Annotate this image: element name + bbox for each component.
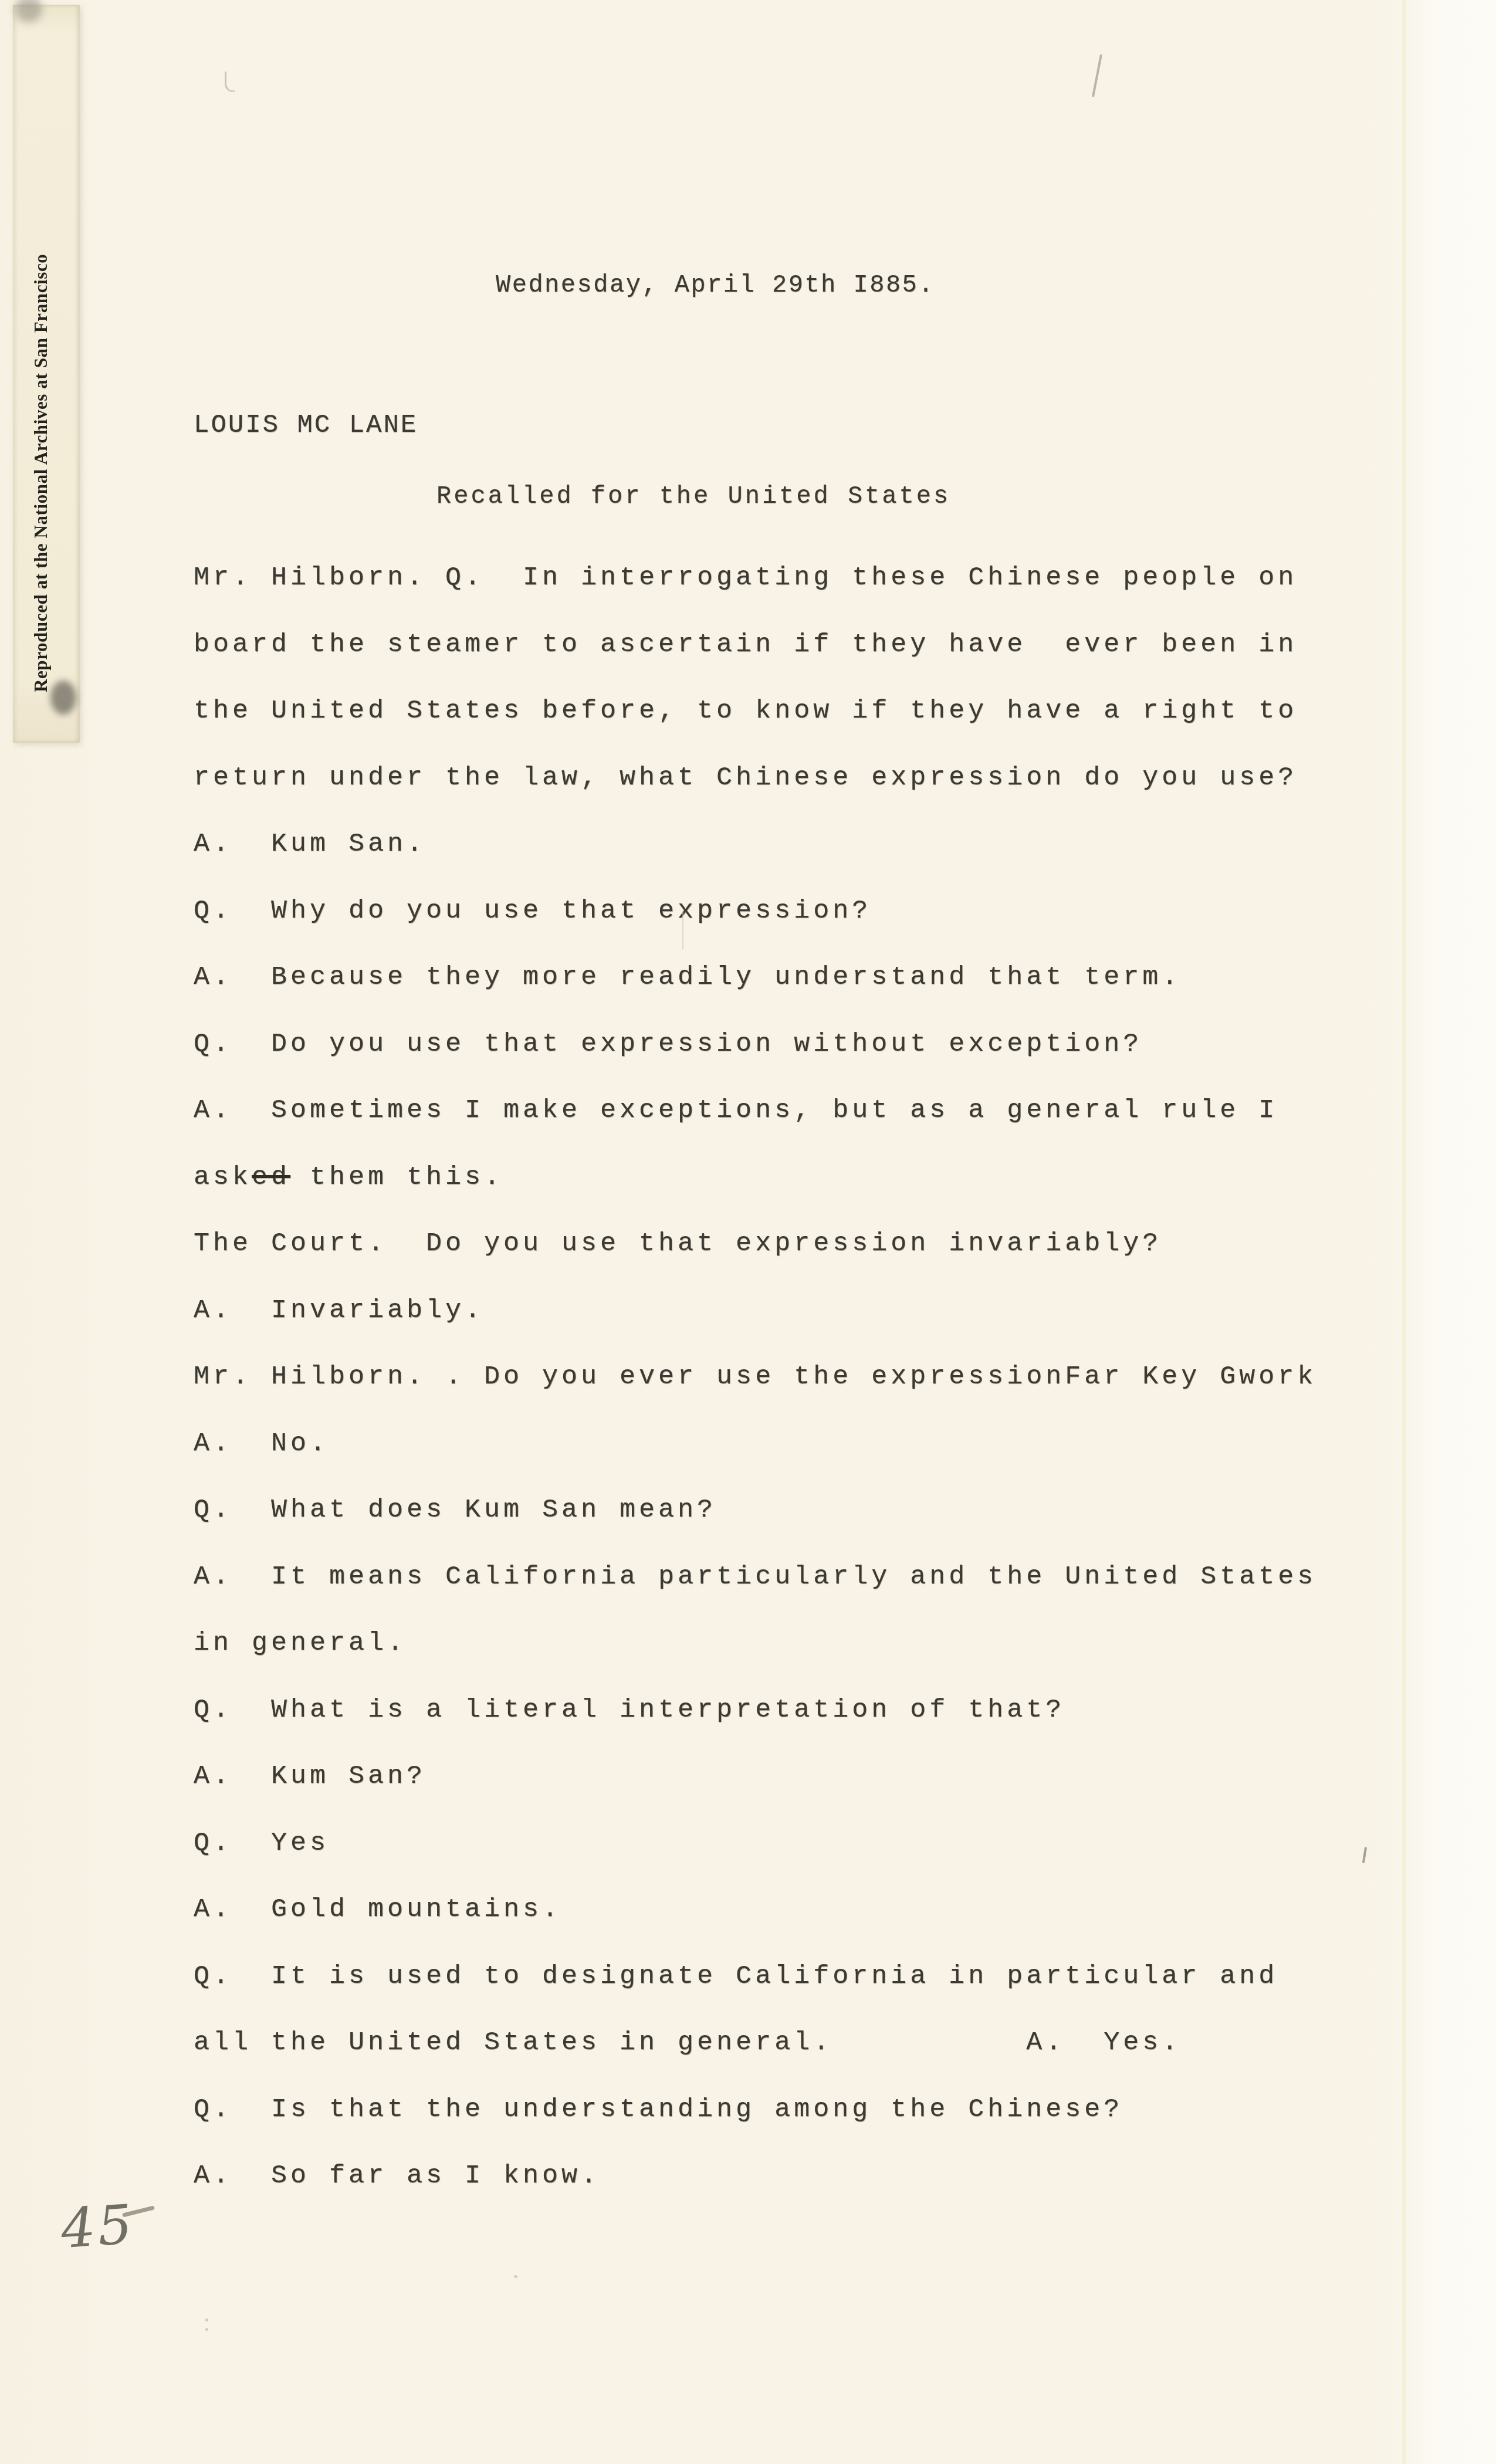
transcript-line: Mr. Hilborn. Q. In interrogating these C… (194, 544, 1316, 611)
transcript-line: Q. Is that the understanding among the C… (194, 2076, 1316, 2143)
recall-heading: Recalled for the United States (436, 482, 950, 510)
transcript-line: A. No. (194, 1410, 1316, 1477)
paper-speck (514, 2275, 517, 2278)
transcript-line: A. Sometimes I make exceptions, but as a… (194, 1077, 1316, 1144)
text-segment: them this. (290, 1162, 503, 1192)
pencil-mark (1092, 54, 1102, 97)
transcript-body: Mr. Hilborn. Q. In interrogating these C… (194, 544, 1316, 2209)
transcript-line: A. It means California particularly and … (194, 1544, 1316, 1610)
page-edge-line (1402, 0, 1406, 2464)
transcript-line: asked them this. (194, 1144, 1316, 1211)
ink-speck (1362, 1847, 1367, 1863)
paper-crease-mark (682, 911, 683, 949)
witness-name: LOUIS MC LANE (194, 411, 418, 440)
transcript-line: all the United States in general. A. Yes… (194, 2009, 1316, 2076)
paper-speck (205, 2319, 208, 2321)
transcript-line: Q. Do you use that expression without ex… (194, 1011, 1316, 1078)
handwritten-page-number: 45 (59, 2193, 136, 2260)
pencil-mark (225, 72, 235, 92)
transcript-line: The Court. Do you use that expression in… (194, 1210, 1316, 1277)
transcript-line: A. Kum San. (194, 811, 1316, 878)
transcript-line: A. Invariably. (194, 1277, 1316, 1344)
transcript-line: A. So far as I know. (194, 2143, 1316, 2209)
scanned-transcript-page: Reproduced at the National Archives at S… (0, 0, 1496, 2464)
struck-text: ed (252, 1162, 290, 1192)
transcript-line: Q. Yes (194, 1810, 1316, 1877)
transcript-line: board the steamer to ascertain if they h… (194, 611, 1316, 678)
transcript-line: Q. It is used to designate California in… (194, 1943, 1316, 2010)
transcript-line: A. Gold mountains. (194, 1876, 1316, 1943)
archive-stamp-text: Reproduced at the National Archives at S… (31, 100, 55, 692)
text-segment: ask (194, 1162, 252, 1192)
date-line: Wednesday, April 29th I885. (496, 271, 935, 299)
transcript-line: Q. Why do you use that expression? (194, 878, 1316, 945)
transcript-line: return under the law, what Chinese expre… (194, 744, 1316, 811)
transcript-line: Q. What is a literal interpretation of t… (194, 1677, 1316, 1744)
transcript-line: the United States before, to know if the… (194, 678, 1316, 744)
transcript-line: Mr. Hilborn. . Do you ever use the expre… (194, 1343, 1316, 1410)
transcript-line: A. Because they more readily understand … (194, 944, 1316, 1011)
transcript-line: A. Kum San? (194, 1743, 1316, 1810)
transcript-line: in general. (194, 1610, 1316, 1677)
transcript-line: Q. What does Kum San mean? (194, 1477, 1316, 1544)
